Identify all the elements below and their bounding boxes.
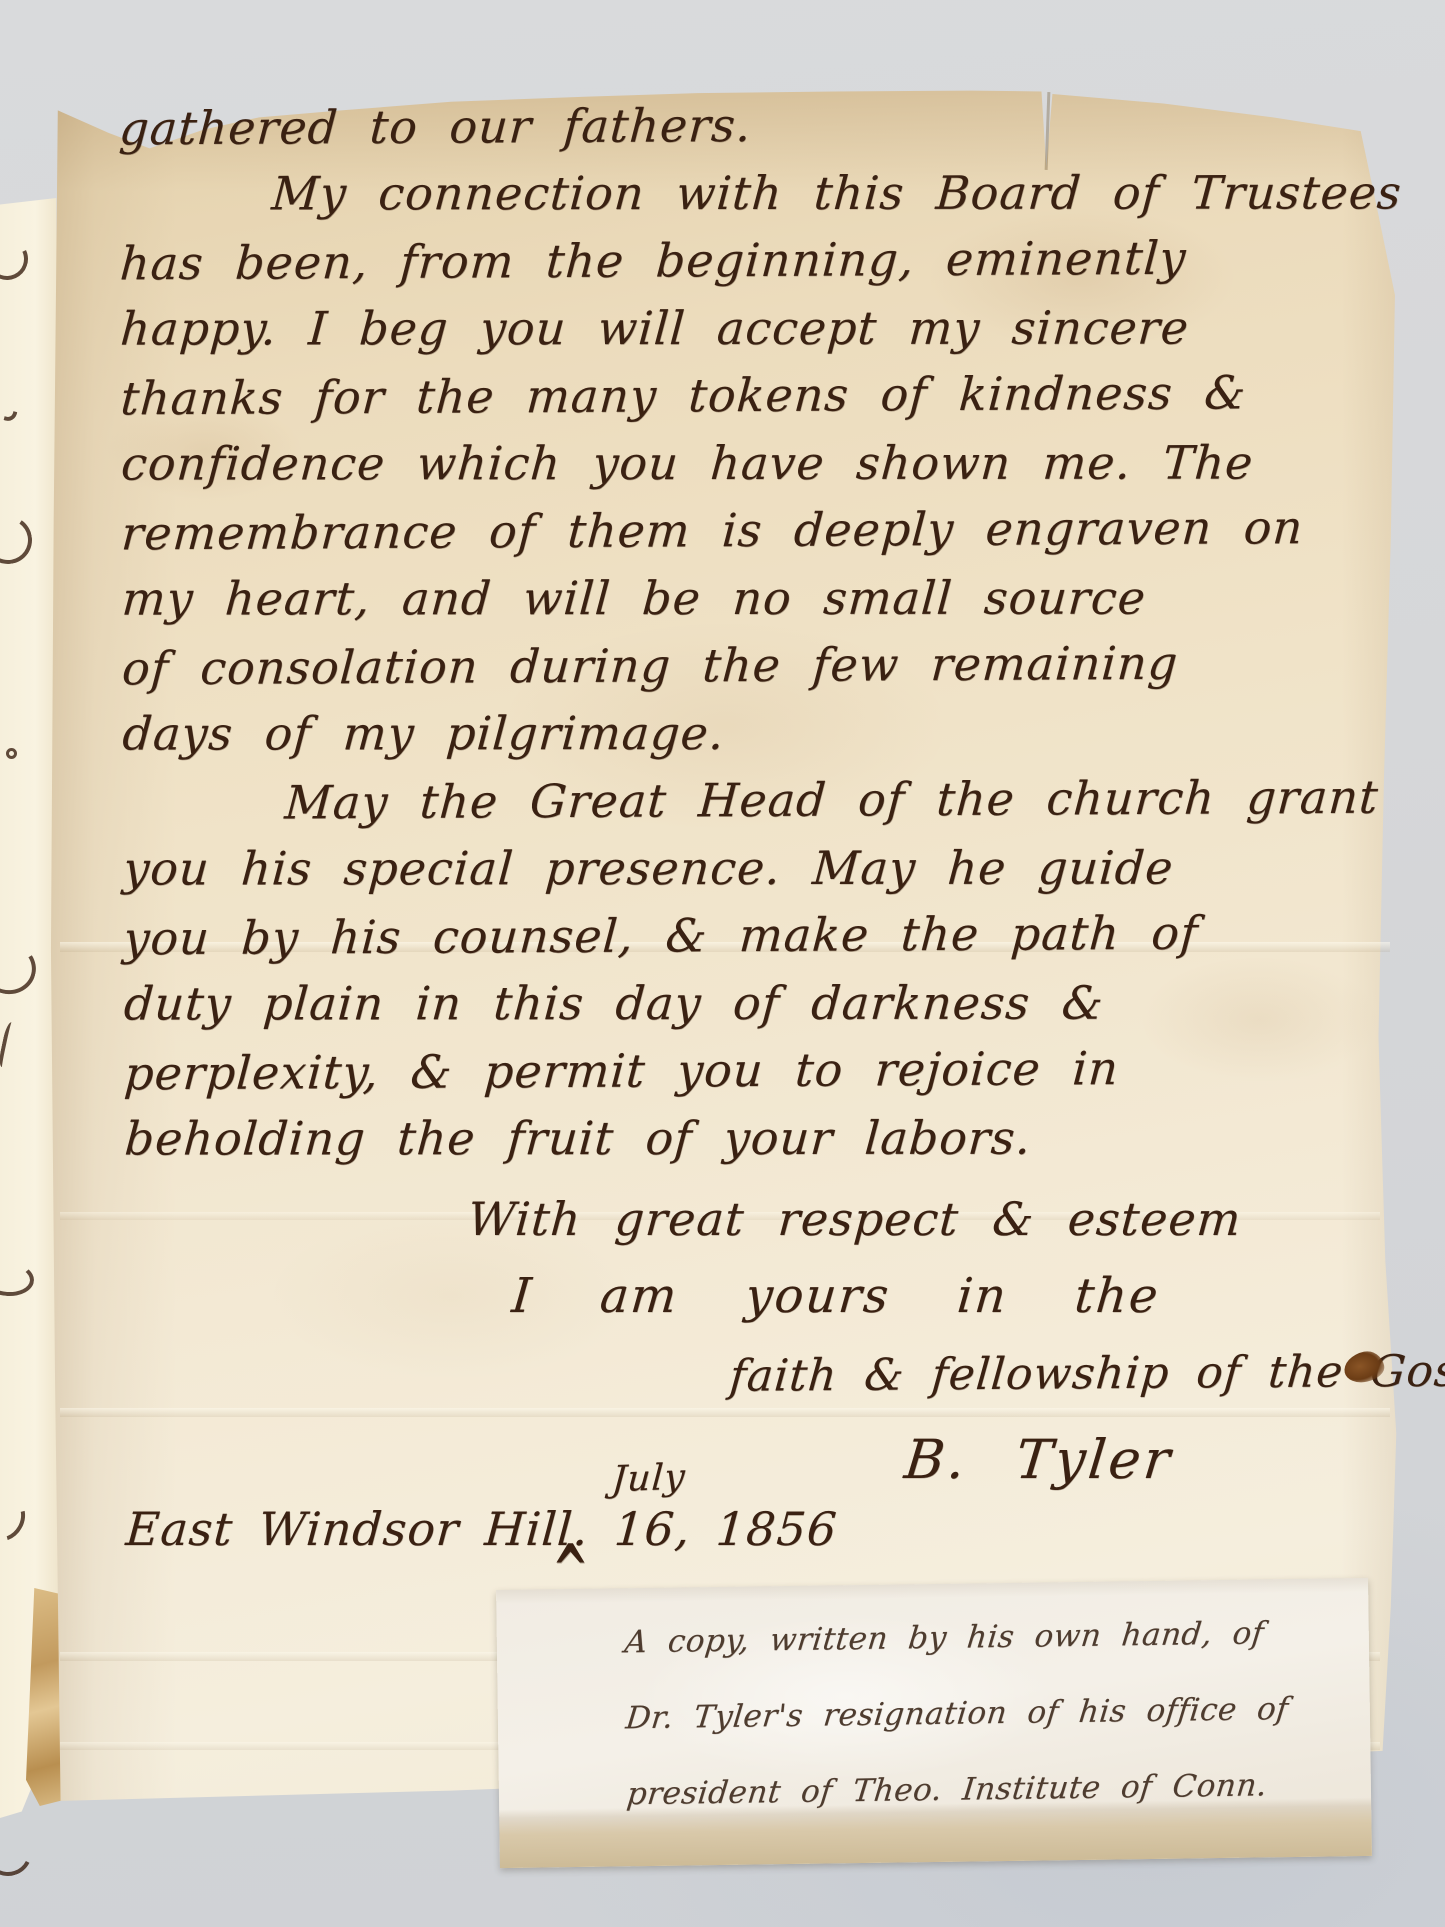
letter-line: has been, from the beginning, eminently [118,224,1402,298]
archival-note-line: president of Theo. Institute of Conn. [623,1746,1375,1833]
archival-note-slip: A copy, written by his own hand, of Dr. … [496,1578,1372,1868]
letter-line: you by his counsel, & make the path of [121,899,1405,973]
archival-note-line: A copy, written by his own hand, of [621,1594,1373,1681]
letter-line: gathered to our fathers. [117,89,1401,163]
letter-line: of consolation during the few remaining [120,629,1404,703]
photograph-of-letter: gathered to our fathers. My connection w… [0,0,1445,1927]
dateline: East Windsor Hill. 16, 1856 [124,1502,839,1556]
letter-line: thanks for the many tokens of kindness & [119,359,1403,433]
letter-line: confidence which you have shown me. The [119,429,1403,498]
closing-line: faith & fellowship of the Gospel [728,1345,1445,1402]
letter-line: duty plain in this day of darkness & [122,969,1406,1038]
insertion-caret-icon: ^ [552,1531,589,1613]
letter-line: happy. I beg you will accept my sincere [118,294,1402,363]
ink-fragment [6,748,17,759]
closing-line: With great respect & esteem [466,1192,1243,1246]
archival-note-line: Dr. Tyler's resignation of his office of [622,1670,1374,1757]
inserted-month: July [610,1457,687,1501]
dateline-place: East Windsor Hill [124,1502,575,1556]
letter-line: remembrance of them is deeply engraven o… [119,494,1403,568]
letter-line: My connection with this Board of Trustee… [118,159,1402,228]
dateline-date: . 16, 1856 [571,1502,839,1556]
letter-line: you his special presence. May he guide [121,834,1405,903]
ink-fragment [0,1822,38,1882]
closing-line: I am yours in the [510,1268,1162,1324]
letter-body: gathered to our fathers. My connection w… [119,89,1405,1176]
signature: B. Tyler [902,1428,1176,1491]
letter-line: beholding the fruit of your labors. [123,1104,1407,1173]
letter-line: days of my pilgrimage. [120,699,1404,768]
letter-line: perplexity, & permit you to rejoice in [122,1034,1406,1108]
letter-line: May the Great Head of the church grant [121,764,1405,838]
letter-line: my heart, and will be no small source [120,564,1404,633]
